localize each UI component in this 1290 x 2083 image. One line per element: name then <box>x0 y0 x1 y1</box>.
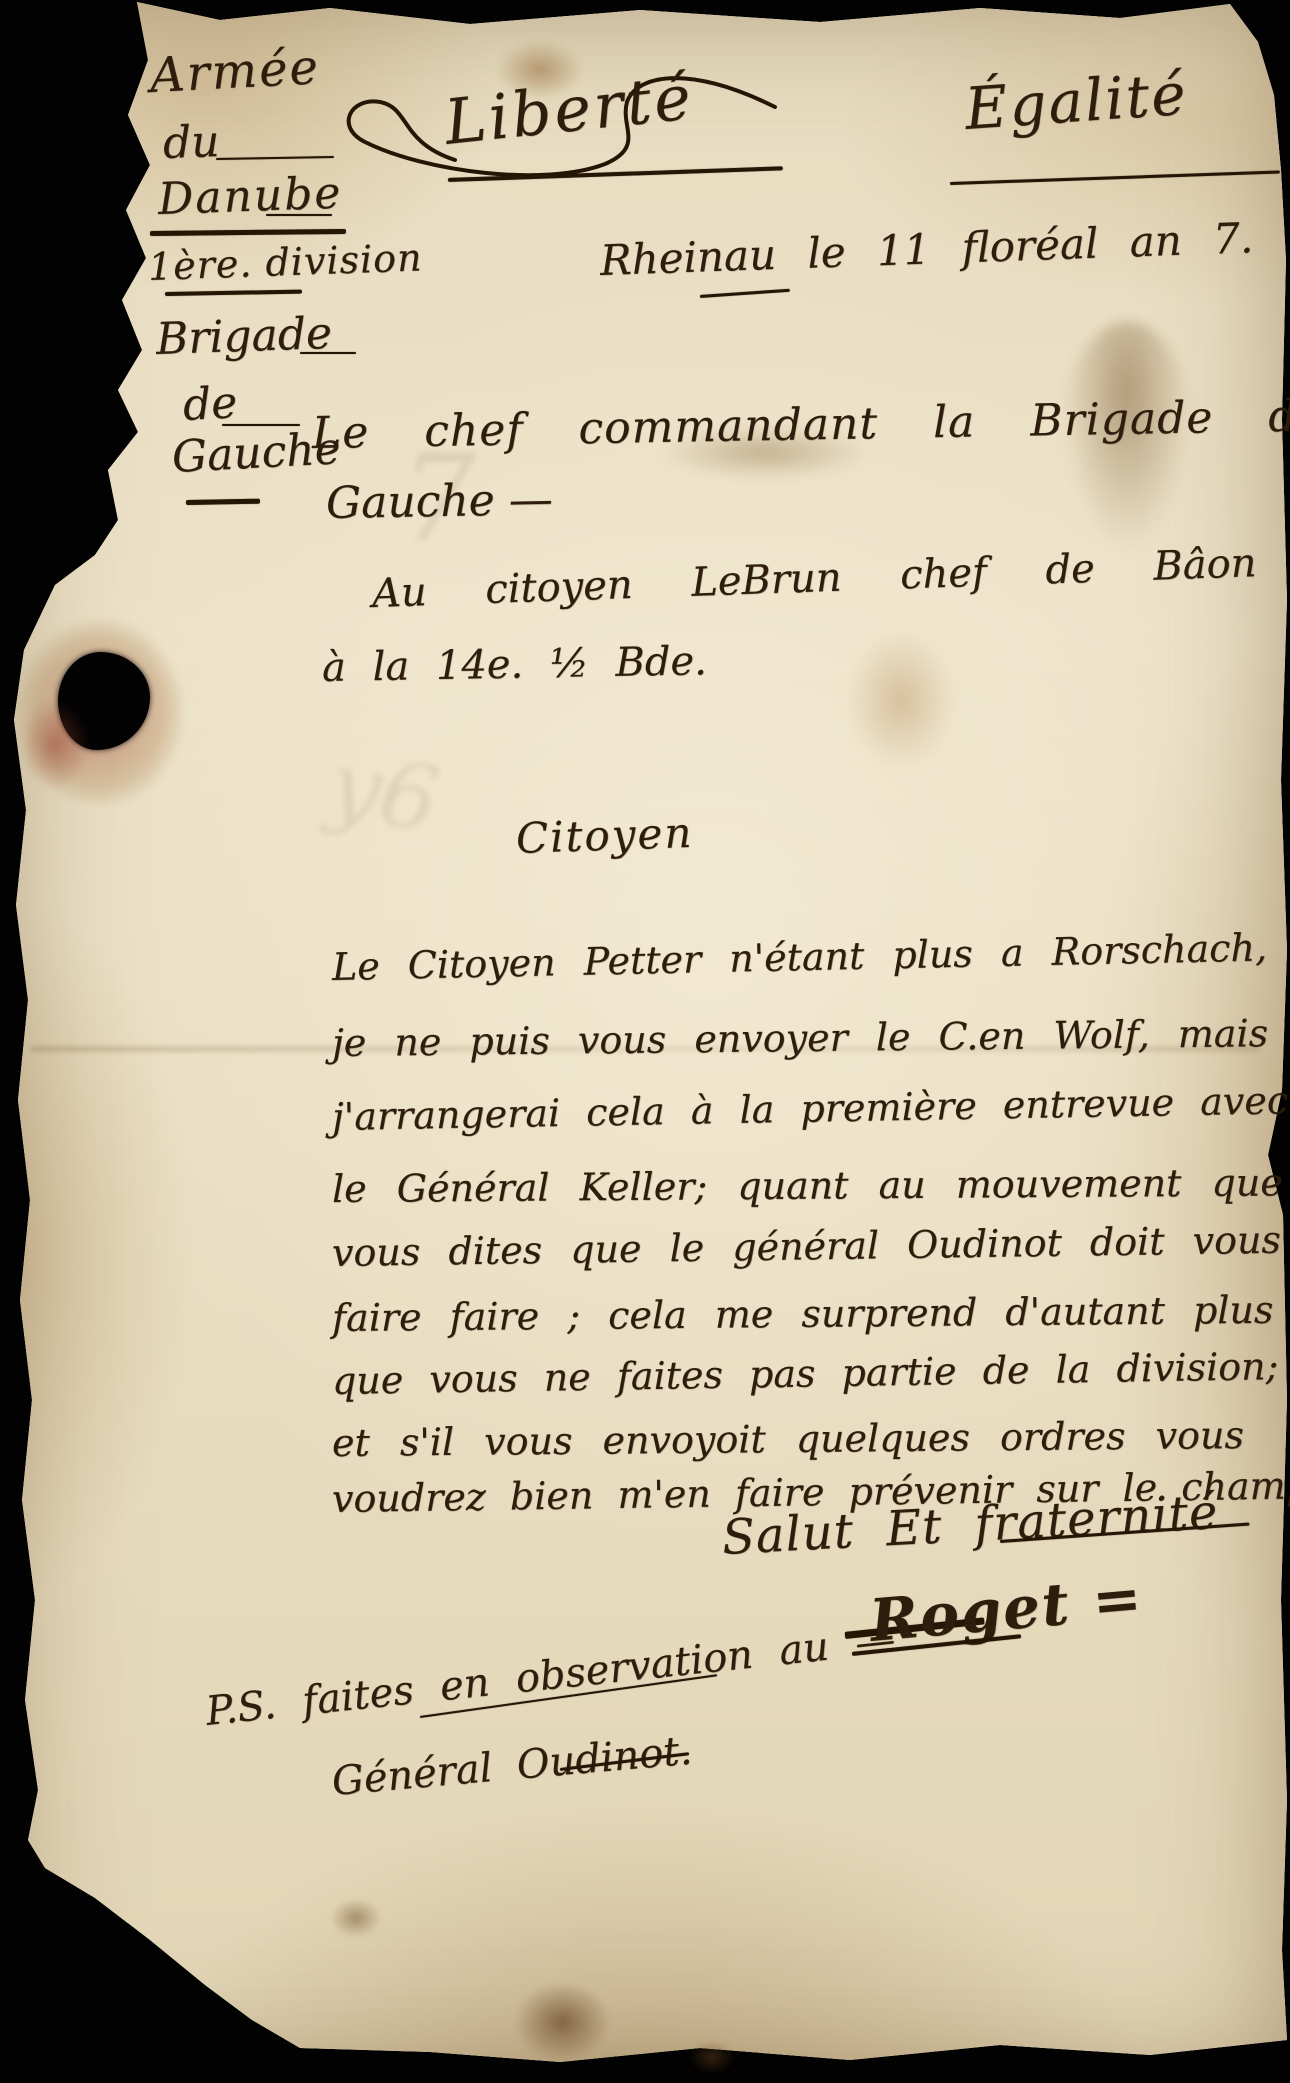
body-line: je ne puis vous envoyer le C.en Wolf, ma… <box>332 1014 1268 1062</box>
sender-line-2: Gauche — <box>326 478 553 526</box>
body-line: le Général Keller; quant au mouvement qu… <box>332 1163 1283 1208</box>
motto-egalite: Égalité <box>963 65 1189 138</box>
body-line: faire faire ; cela me surprend d'autant … <box>332 1291 1274 1337</box>
margin-unit-line-brigade: Brigade <box>155 312 332 362</box>
margin-unit-line-division: 1ère. division <box>147 238 423 286</box>
bleedthrough-writing: y6 <box>322 731 447 853</box>
scan-stage: 7 y6 Armée du Danube 1ère. division Brig… <box>0 0 1290 2083</box>
margin-unit-line-armee: Armée <box>149 43 321 100</box>
margin-flourish-line <box>266 214 332 216</box>
salutation: Citoyen <box>515 812 694 860</box>
margin-flourish-line <box>300 352 356 354</box>
margin-unit-line-du: du <box>162 120 220 166</box>
recipient-line-2: à la 14e. ½ Bde. <box>322 641 707 688</box>
margin-unit-line-de: de <box>182 381 238 428</box>
body-line: et s'il vous envoyoit quelques ordres vo… <box>332 1416 1244 1462</box>
